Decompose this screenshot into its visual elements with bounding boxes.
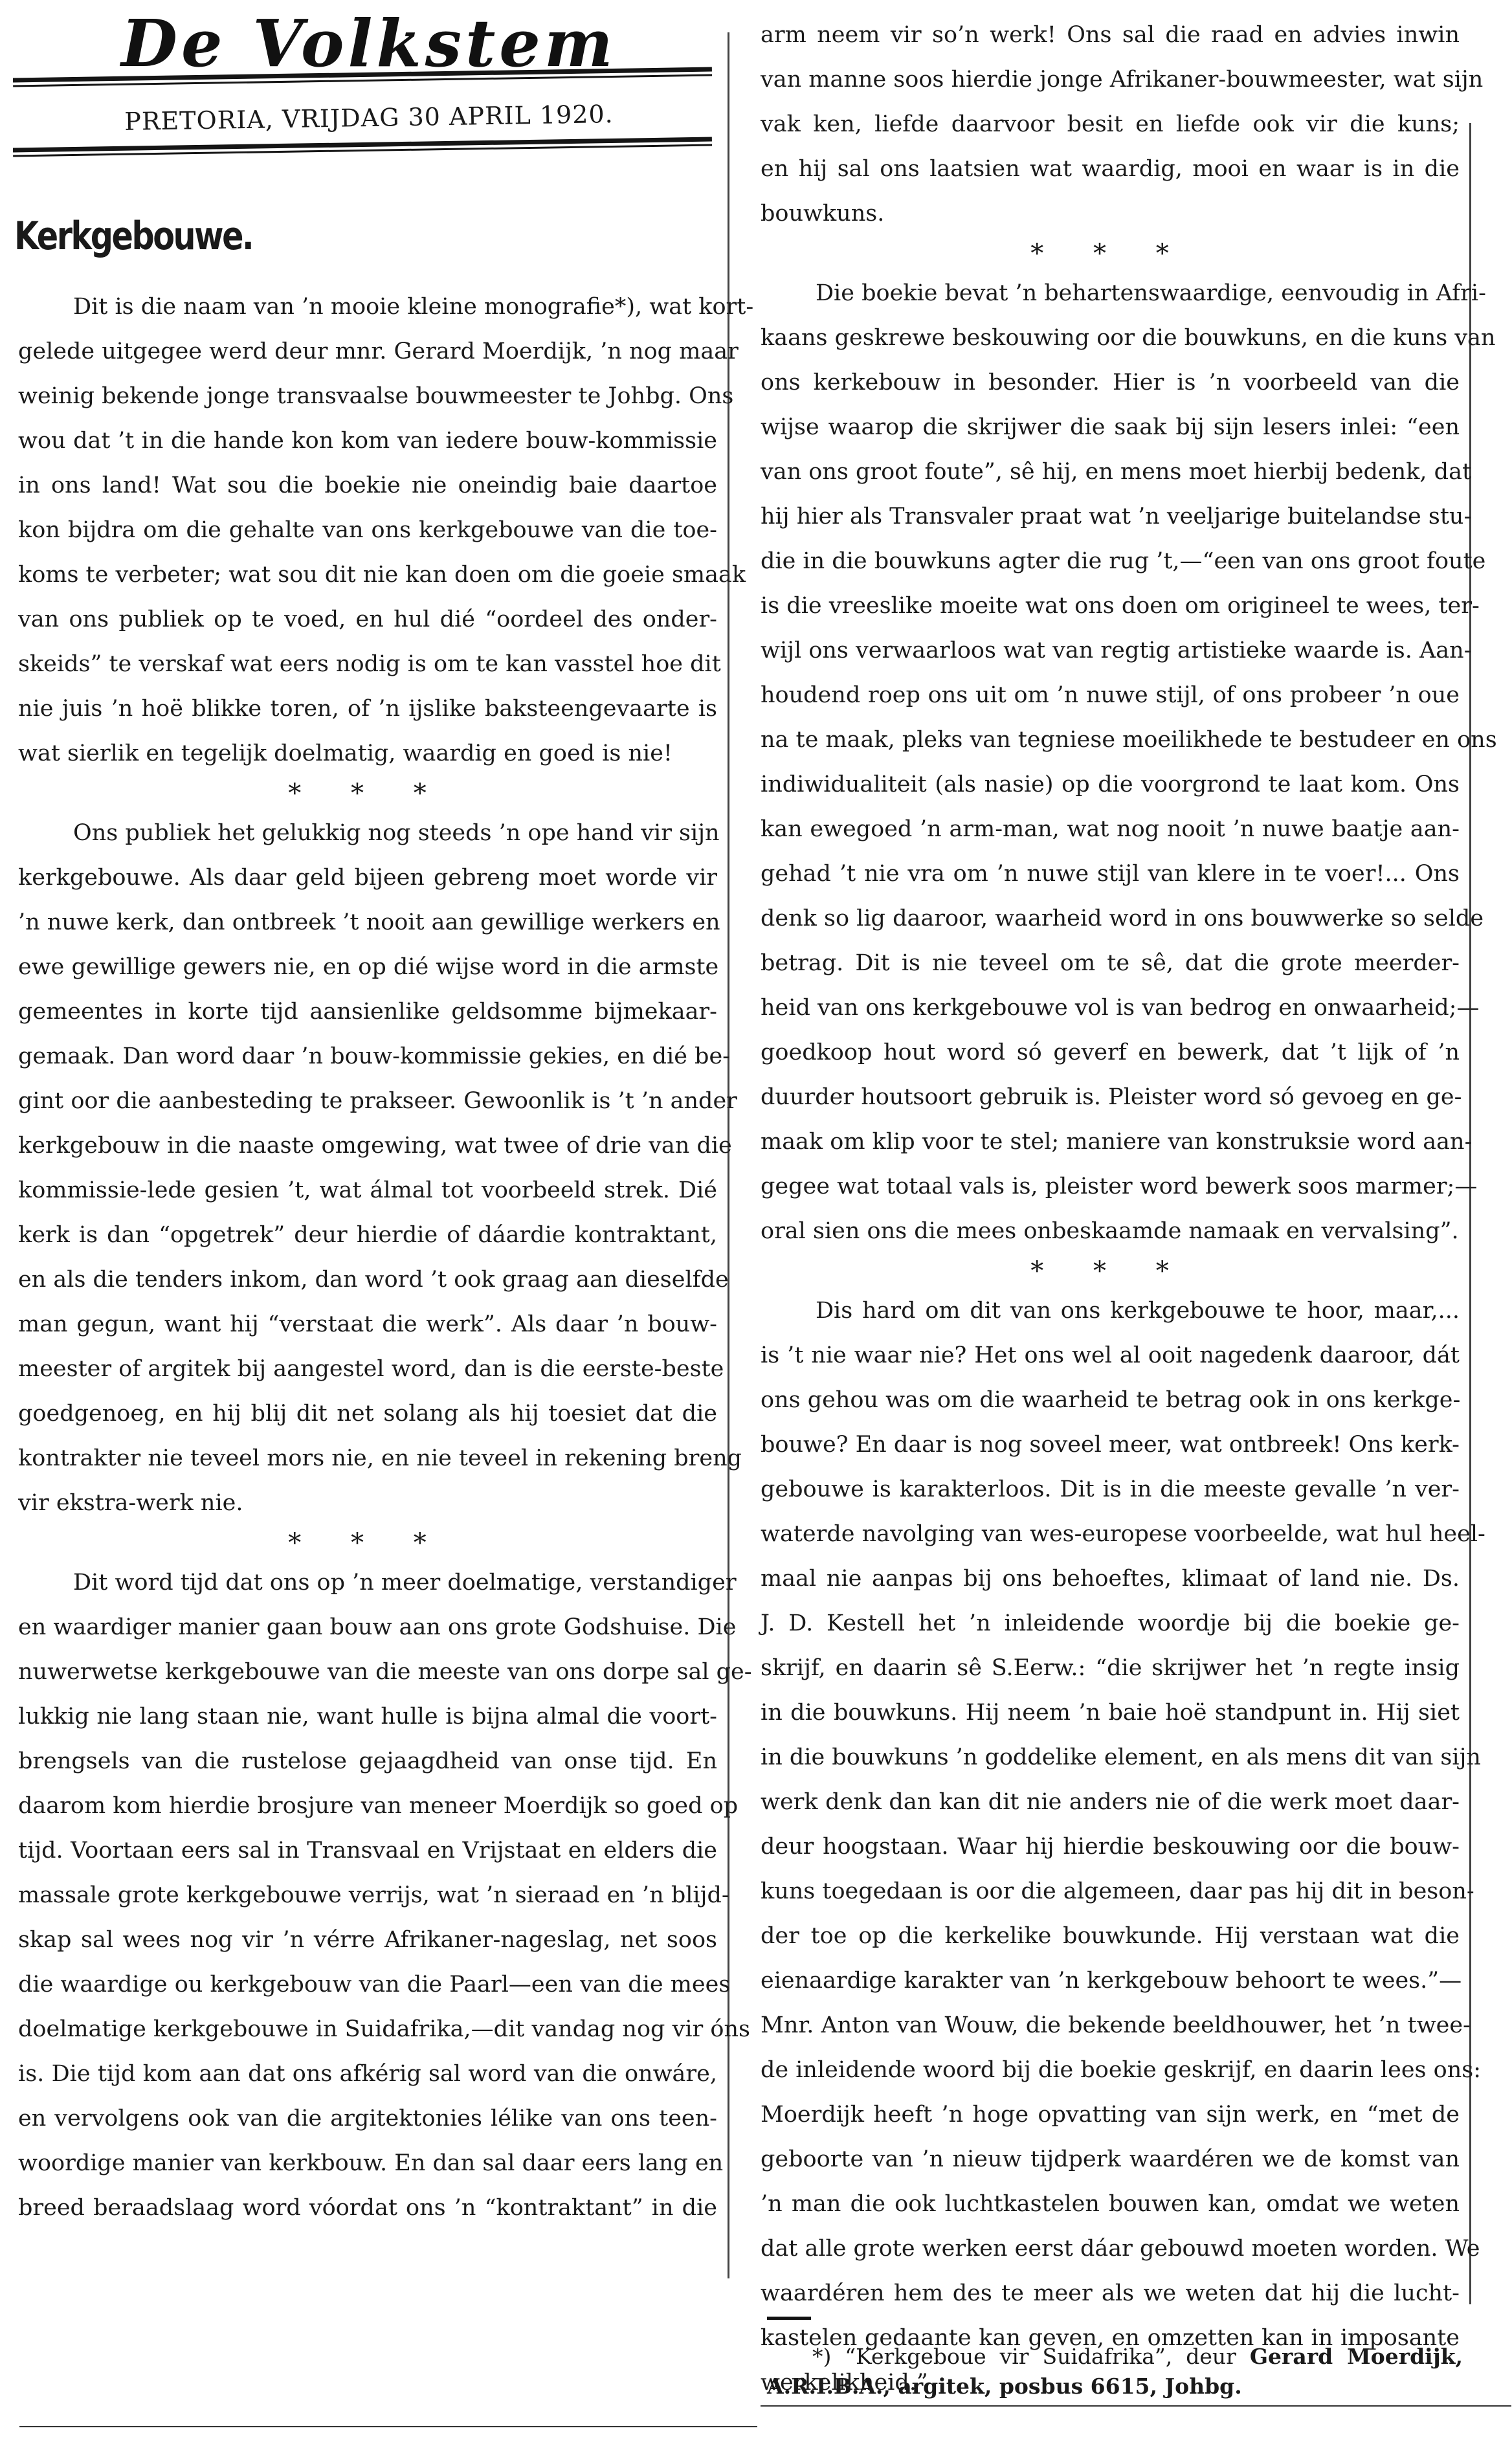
text-line: en waardiger manier gaan bouw aan ons gr…: [18, 1605, 717, 1650]
text-line: J. D. Kestell het ’n inleidende woordje …: [761, 1601, 1460, 1646]
text-line: breed beraadslaag word vóordat ons ’n “k…: [18, 2186, 717, 2231]
text-line: vir ekstra-werk nie.: [18, 1481, 717, 1526]
footnote-line-2: A.R.I.B.A., argitek, posbus 6615, Johbg.: [767, 2372, 1463, 2401]
section-separator: * * *: [18, 1526, 717, 1561]
text-line: gebouwe is karakterloos. Dit is in die m…: [761, 1467, 1460, 1512]
text-line: skap sal wees nog vir ’n vérre Afrikaner…: [18, 1918, 717, 1963]
text-line: nuwerwetse kerkgebouwe van die meeste va…: [18, 1650, 717, 1695]
footnote-line-1: *) “Kerkgeboue vir Suidafrika”, deur Ger…: [767, 2342, 1463, 2372]
text-line: skrijf, en daarin sê S.Eerw.: “die skrij…: [761, 1646, 1460, 1691]
text-line: heid van ons kerkgebouwe vol is van bedr…: [761, 986, 1460, 1030]
text-line: gemeentes in korte tijd aansienlike geld…: [18, 990, 717, 1034]
text-line: bouwe? En daar is nog soveel meer, wat o…: [761, 1423, 1460, 1467]
section-separator: * * *: [761, 1254, 1460, 1289]
text-line: massale grote kerkgebouwe verrijs, wat ’…: [18, 1873, 717, 1918]
text-line: gehad ’t nie vra om ’n nuwe stijl van kl…: [761, 852, 1460, 896]
text-line: ’n man die ook luchtkastelen bouwen kan,…: [761, 2182, 1460, 2227]
text-line: is die vreeslike moeite wat ons doen om …: [761, 584, 1460, 629]
column-bottom-rule: [19, 2426, 757, 2427]
text-line: gelede uitgegee werd deur mnr. Gerard Mo…: [18, 329, 717, 374]
text-line: denk so lig daaroor, waarheid word in on…: [761, 896, 1460, 941]
text-line: die waardige ou kerkgebouw van die Paarl…: [18, 1963, 717, 2007]
text-line: gint oor die aanbesteding te prakseer. G…: [18, 1079, 717, 1124]
text-line: na te maak, pleks van tegniese moeilikhe…: [761, 718, 1460, 762]
text-line: goedgenoeg, en hij blij dit net solang a…: [18, 1392, 717, 1436]
text-line: nie juis ’n hoë blikke toren, of ’n ijsl…: [18, 687, 717, 731]
text-line: daarom kom hierdie brosjure van meneer M…: [18, 1784, 717, 1829]
text-line: bouwkuns.: [761, 192, 1460, 236]
text-line: lukkig nie lang staan nie, want hulle is…: [18, 1695, 717, 1739]
text-line: kontrakter nie teveel mors nie, en nie t…: [18, 1436, 717, 1481]
text-line: waardéren hem des te meer als we weten d…: [761, 2271, 1460, 2316]
text-line: weinig bekende jonge transvaalse bouwmee…: [18, 374, 717, 419]
text-line: skeids” te verskaf wat eers nodig is om …: [18, 642, 717, 687]
text-line: van manne soos hierdie jonge Afrikaner-b…: [761, 58, 1460, 102]
paragraph-start-line: Dit word tijd dat ons op ’n meer doelmat…: [18, 1561, 717, 1605]
text-line: kommissie-lede gesien ’t, wat álmal tot …: [18, 1168, 717, 1213]
section-separator: * * *: [761, 236, 1460, 271]
text-line: die in die bouwkuns agter die rug ’t,—“e…: [761, 539, 1460, 584]
footnote: *) “Kerkgeboue vir Suidafrika”, deur Ger…: [767, 2342, 1463, 2401]
text-line: en hij sal ons laatsien wat waardig, moo…: [761, 147, 1460, 192]
left-column: De Volkstem PRETORIA, VRIJDAG 30 APRIL 1…: [0, 0, 757, 2437]
text-line: meester of argitek bij aangestel word, d…: [18, 1347, 717, 1392]
text-line: eienaardige karakter van ’n kerkgebouw b…: [761, 1959, 1460, 2003]
text-line: gegee wat totaal vals is, pleister word …: [761, 1164, 1460, 1209]
text-line: goedkoop hout word só geverf en bewerk, …: [761, 1030, 1460, 1075]
text-line: der toe op die kerkelike bouwkunde. Hij …: [761, 1914, 1460, 1959]
text-line: hij hier als Transvaler praat wat ’n vee…: [761, 495, 1460, 539]
text-line: deur hoogstaan. Waar hij hierdie beskouw…: [761, 1825, 1460, 1869]
section-separator: * * *: [18, 776, 717, 811]
text-line: kerk is dan “opgetrek” deur hierdie of d…: [18, 1213, 717, 1258]
text-line: vak ken, liefde daarvoor besit en liefde…: [761, 102, 1460, 147]
text-line: kerkgebouw in die naaste omgewing, wat t…: [18, 1124, 717, 1168]
paragraph-start-line: Ons publiek het gelukkig nog steeds ’n o…: [18, 811, 717, 856]
text-line: duurder houtsoort gebruik is. Pleister w…: [761, 1075, 1460, 1120]
text-line: de inleidende woord bij die boekie geskr…: [761, 2048, 1460, 2093]
column-divider-right: [1469, 123, 1471, 2304]
text-line: houdend roep ons uit om ’n nuwe stijl, o…: [761, 673, 1460, 718]
article-body-right: arm neem vir so’n werk! Ons sal die raad…: [761, 13, 1460, 2405]
column-divider: [728, 32, 729, 2278]
text-line: maak om klip voor te stel; maniere van k…: [761, 1120, 1460, 1164]
text-line: in die bouwkuns ’n goddelike element, en…: [761, 1735, 1460, 1780]
text-line: maal nie aanpas bij ons behoeftes, klima…: [761, 1557, 1460, 1601]
text-line: indiwidualiteit (als nasie) op die voorg…: [761, 762, 1460, 807]
text-line: wijl ons verwaarloos wat van regtig arti…: [761, 629, 1460, 673]
text-line: betrag. Dit is nie teveel om te sê, dat …: [761, 941, 1460, 986]
text-line: Moerdijk heeft ’n hoge opvatting van sij…: [761, 2093, 1460, 2137]
column-bottom-rule-right: [761, 2405, 1511, 2407]
text-line: in ons land! Wat sou die boekie nie onei…: [18, 463, 717, 508]
text-line: tijd. Voortaan eers sal in Transvaal en …: [18, 1829, 717, 1873]
text-line: kaans geskrewe beskouwing oor die bouwku…: [761, 316, 1460, 361]
text-line: kon bijdra om die gehalte van ons kerkge…: [18, 508, 717, 553]
footnote-author: Gerard Moerdijk,: [1250, 2344, 1463, 2369]
text-line: en als die tenders inkom, dan word ’t oo…: [18, 1258, 717, 1302]
text-line: man gegun, want hij “verstaat die werk”.…: [18, 1302, 717, 1347]
text-line: dat alle grote werken eerst dáar gebouwd…: [761, 2227, 1460, 2271]
text-line: kan ewegoed ’n arm-man, wat nog nooit ’n…: [761, 807, 1460, 852]
text-line: wijse waarop die skrijwer die saak bij s…: [761, 405, 1460, 450]
text-line: is ’t nie waar nie? Het ons wel al ooit …: [761, 1333, 1460, 1378]
text-line: van ons publiek op te voed, en hul dié “…: [18, 597, 717, 642]
text-line: arm neem vir so’n werk! Ons sal die raad…: [761, 13, 1460, 58]
paragraph-start-line: Dit is die naam van ’n mooie kleine mono…: [18, 285, 717, 329]
paragraph-start-line: Dis hard om dit van ons kerkgebouwe te h…: [761, 1289, 1460, 1333]
text-line: oral sien ons die mees onbeskaamde namaa…: [761, 1209, 1460, 1254]
article-body-left: Dit is die naam van ’n mooie kleine mono…: [18, 285, 717, 2231]
text-line: ons kerkebouw in besonder. Hier is ’n vo…: [761, 361, 1460, 405]
text-line: wou dat ’t in die hande kon kom van iede…: [18, 419, 717, 463]
text-line: en vervolgens ook van die argitektonies …: [18, 2097, 717, 2141]
text-line: ewe gewillige gewers nie, en op dié wijs…: [18, 945, 717, 990]
paragraph-start-line: Die boekie bevat ’n behartenswaardige, e…: [761, 271, 1460, 316]
text-line: ons gehou was om die waarheid te betrag …: [761, 1378, 1460, 1423]
text-line: werk denk dan kan dit nie anders nie of …: [761, 1780, 1460, 1825]
text-line: doelmatige kerkgebouwe in Suidafrika,—di…: [18, 2007, 717, 2052]
article-headline: Kerkgebouwe.: [14, 214, 252, 259]
text-line: kerkgebouwe. Als daar geld bijeen gebren…: [18, 856, 717, 900]
text-line: is. Die tijd kom aan dat ons afkérig sal…: [18, 2052, 717, 2097]
text-line: brengsels van die rustelose gejaagdheid …: [18, 1739, 717, 1784]
text-line: wat sierlik en tegelijk doelmatig, waard…: [18, 731, 717, 776]
text-line: woordige manier van kerkbouw. En dan sal…: [18, 2141, 717, 2186]
text-line: in die bouwkuns. Hij neem ’n baie hoë st…: [761, 1691, 1460, 1735]
text-line: ’n nuwe kerk, dan ontbreek ’t nooit aan …: [18, 900, 717, 945]
text-line: gemaak. Dan word daar ’n bouw-kommissie …: [18, 1034, 717, 1079]
text-line: geboorte van ’n nieuw tijdperk waardéren…: [761, 2137, 1460, 2182]
text-line: van ons groot foute”, sê hij, en mens mo…: [761, 450, 1460, 495]
footnote-rule: [767, 2317, 811, 2320]
text-line: koms te verbeter; wat sou dit nie kan do…: [18, 553, 717, 597]
text-line: waterde navolging van wes-europese voorb…: [761, 1512, 1460, 1557]
text-line: kuns toegedaan is oor die algemeen, daar…: [761, 1869, 1460, 1914]
text-line: Mnr. Anton van Wouw, die bekende beeldho…: [761, 2003, 1460, 2048]
